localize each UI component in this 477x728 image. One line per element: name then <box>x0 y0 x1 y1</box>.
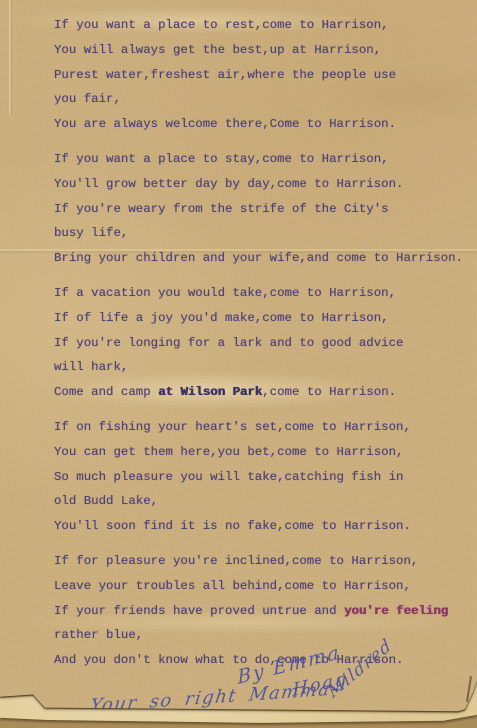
poem-text: So much pleasure you will take,catching … <box>54 470 403 484</box>
poem-emphasis-text: at Wilson Park <box>158 385 262 399</box>
poem-text: Leave your troubles all behind,come to H… <box>54 579 411 593</box>
poem-text: If of life a joy you'd make,come to Harr… <box>54 311 389 325</box>
poem-line: You'll soon find it is no fake,come to H… <box>54 514 469 539</box>
poem-line: If a vacation you would take,come to Har… <box>54 281 469 306</box>
paper-crease-vertical <box>9 0 13 115</box>
poem-text: ,come to Harrison. <box>262 385 396 399</box>
poem-text: You are always welcome there,Come to Har… <box>54 117 396 131</box>
poem-line: old Budd Lake, <box>54 489 469 514</box>
poem-text: If on fishing your heart's set,come to H… <box>54 420 411 434</box>
poem-line: Come and camp at Wilson Park,come to Har… <box>54 380 469 405</box>
poem-text: You'll grow better day by day,come to Ha… <box>54 177 403 191</box>
poem-stanza: If on fishing your heart's set,come to H… <box>54 415 469 539</box>
poem-line: If you're longing for a lark and to good… <box>54 331 469 356</box>
poem: If you want a place to rest,come to Harr… <box>54 13 469 673</box>
poem-stanza: If you want a place to rest,come to Harr… <box>54 13 469 137</box>
scan-background: If you want a place to rest,come to Harr… <box>0 0 477 728</box>
poem-text: Purest water,freshest air,where the peop… <box>54 68 396 82</box>
poem-sheet-shadow: If you want a place to rest,come to Harr… <box>0 0 477 728</box>
poem-line: So much pleasure you will take,catching … <box>54 465 469 490</box>
poem-text: You can get them here,you bet,come to Ha… <box>54 445 403 459</box>
poem-text: will hark, <box>54 360 128 374</box>
poem-line: If on fishing your heart's set,come to H… <box>54 415 469 440</box>
poem-stanza: If for pleasure you're inclined,come to … <box>54 549 469 673</box>
poem-text: Come and camp <box>54 385 158 399</box>
poem-emphasis-text: you're feeling <box>344 604 448 618</box>
poem-text: If you want a place to rest,come to Harr… <box>54 18 389 32</box>
poem-line: If you want a place to stay,come to Harr… <box>54 147 469 172</box>
poem-line: you fair, <box>54 87 469 112</box>
poem-stanza: If a vacation you would take,come to Har… <box>54 281 469 405</box>
poem-text: rather blue, <box>54 628 143 642</box>
poem-sheet: If you want a place to rest,come to Harr… <box>0 0 477 728</box>
poem-line: Purest water,freshest air,where the peop… <box>54 63 469 88</box>
poem-line: If you want a place to rest,come to Harr… <box>54 13 469 38</box>
poem-line: rather blue, <box>54 623 469 648</box>
poem-text: Bring your children and your wife,and co… <box>54 251 463 265</box>
poem-line: Bring your children and your wife,and co… <box>54 246 469 271</box>
poem-line: If for pleasure you're inclined,come to … <box>54 549 469 574</box>
poem-line: Leave your troubles all behind,come to H… <box>54 574 469 599</box>
poem-line: will hark, <box>54 355 469 380</box>
poem-line: You are always welcome there,Come to Har… <box>54 112 469 137</box>
poem-text: If a vacation you would take,come to Har… <box>54 286 396 300</box>
poem-text: You will always get the best,up at Harri… <box>54 43 381 57</box>
poem-text: If you're longing for a lark and to good… <box>54 336 403 350</box>
poem-line: You'll grow better day by day,come to Ha… <box>54 172 469 197</box>
poem-line: If you're weary from the strife of the C… <box>54 197 469 222</box>
poem-text: If for pleasure you're inclined,come to … <box>54 554 418 568</box>
poem-text: busy life, <box>54 226 128 240</box>
poem-text: If you're weary from the strife of the C… <box>54 202 389 216</box>
poem-text: old Budd Lake, <box>54 494 158 508</box>
poem-text: you fair, <box>54 92 121 106</box>
torn-corner-edge <box>466 676 472 702</box>
poem-line: You can get them here,you bet,come to Ha… <box>54 440 469 465</box>
poem-stanza: If you want a place to stay,come to Harr… <box>54 147 469 271</box>
poem-text: If your friends have proved untrue and <box>54 604 344 618</box>
handwritten-note: Your so right Mamma- <box>89 678 340 717</box>
poem-line: If of life a joy you'd make,come to Harr… <box>54 306 469 331</box>
poem-text: If you want a place to stay,come to Harr… <box>54 152 389 166</box>
poem-line: If your friends have proved untrue and y… <box>54 599 469 624</box>
poem-text: You'll soon find it is no fake,come to H… <box>54 519 411 533</box>
poem-line: busy life, <box>54 221 469 246</box>
poem-line: You will always get the best,up at Harri… <box>54 38 469 63</box>
